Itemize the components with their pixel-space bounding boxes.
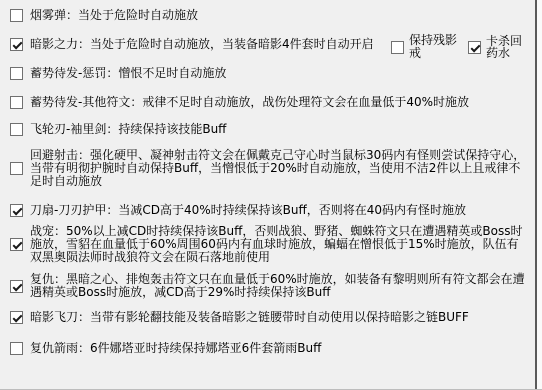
chakram-checkbox[interactable] xyxy=(10,123,23,136)
preparation-punishment-label: 蓄势待发-惩罚：憎恨不足时自动施放 xyxy=(30,67,226,80)
evasive-fire-label: 回避射击：强化硬甲、凝神射击符文会在佩戴克己守心时当鼠标30码内有怪则尝试保持守… xyxy=(30,149,526,188)
chakram-label: 飞轮刃-袖里剑：持续保持该技能Buff xyxy=(30,123,226,136)
options-list: 烟雾弹：当处于危险时自动施放 暗影之力：当处于危险时自动施放，当装备暗影4件套时… xyxy=(10,9,526,355)
fan-of-knives-checkbox[interactable] xyxy=(10,204,23,217)
panel-edge-highlight xyxy=(537,0,542,390)
stuck-kill-potion-checkbox[interactable] xyxy=(468,41,481,54)
evasive-fire-checkbox[interactable] xyxy=(10,162,23,175)
rain-of-vengeance-checkbox[interactable] xyxy=(10,342,23,355)
vengeance-label: 复仇：黑暗之心、排炮轰击符文只在血量低于60%时施放，如装备有黎明则所有符文都会… xyxy=(30,273,526,299)
keep-shadow-ring-checkbox[interactable] xyxy=(391,41,404,54)
option-row-preparation-punishment: 蓄势待发-惩罚：憎恨不足时自动施放 xyxy=(10,67,526,80)
preparation-other-runes-label: 蓄势待发-其他符文：戒律不足时自动施放，战伤处理符文会在血量低于40%时施放 xyxy=(30,96,469,109)
option-row-preparation-other-runes: 蓄势待发-其他符文：戒律不足时自动施放，战伤处理符文会在血量低于40%时施放 xyxy=(10,96,526,109)
keep-shadow-ring-label: 保持残影戒 xyxy=(409,34,462,60)
shadow-knife-checkbox[interactable] xyxy=(10,311,23,324)
shadow-knife-label: 暗影飞刀：当带有影轮翻技能及装备暗影之链腰带时自动使用以保持暗影之链BUFF xyxy=(30,311,469,324)
stuck-kill-potion-option: 卡杀回药水 xyxy=(468,35,526,59)
panel-edge-border xyxy=(535,0,537,390)
companion-label: 战宠：50%以上减CD时持续保持该Buff，否则战狼、野猪、蜘蛛符文只在遭遇精英… xyxy=(30,225,526,264)
option-row-evasive-fire: 回避射击：强化硬甲、凝神射击符文会在佩戴克己守心时当鼠标30码内有怪则尝试保持守… xyxy=(10,149,526,188)
fan-of-knives-label: 刀扇-刀刃护甲：当减CD高于40%时持续保持该Buff，否则将在40码内有怪时施… xyxy=(30,204,466,217)
skill-settings-panel: 烟雾弹：当处于危险时自动施放 暗影之力：当处于危险时自动施放，当装备暗影4件套时… xyxy=(0,0,542,390)
option-row-companion: 战宠：50%以上减CD时持续保持该Buff，否则战狼、野猪、蜘蛛符文只在遭遇精英… xyxy=(10,225,526,264)
preparation-other-runes-checkbox[interactable] xyxy=(10,96,23,109)
stuck-kill-potion-label: 卡杀回药水 xyxy=(486,35,526,59)
option-row-vengeance: 复仇：黑暗之心、排炮轰击符文只在血量低于60%时施放，如装备有黎明则所有符文都会… xyxy=(10,273,526,299)
preparation-punishment-checkbox[interactable] xyxy=(10,67,23,80)
vengeance-checkbox[interactable] xyxy=(10,280,23,293)
smoke-screen-checkbox[interactable] xyxy=(10,9,23,22)
shadow-power-checkbox[interactable] xyxy=(10,38,23,51)
smoke-screen-label: 烟雾弹：当处于危险时自动施放 xyxy=(30,9,198,22)
option-row-fan-of-knives: 刀扇-刀刃护甲：当减CD高于40%时持续保持该Buff，否则将在40码内有怪时施… xyxy=(10,204,526,217)
option-row-rain-of-vengeance: 复仇箭雨：6件娜塔亚时持续保持娜塔亚6件套箭雨Buff xyxy=(10,342,526,355)
option-row-chakram: 飞轮刃-袖里剑：持续保持该技能Buff xyxy=(10,123,526,136)
option-row-smoke-screen: 烟雾弹：当处于危险时自动施放 xyxy=(10,9,526,22)
shadow-power-extra-options: 保持残影戒 卡杀回药水 xyxy=(385,34,526,60)
keep-shadow-ring-option: 保持残影戒 xyxy=(391,34,462,60)
companion-checkbox[interactable] xyxy=(10,238,23,251)
option-row-shadow-knife: 暗影飞刀：当带有影轮翻技能及装备暗影之链腰带时自动使用以保持暗影之链BUFF xyxy=(10,311,526,324)
option-row-shadow-power: 暗影之力：当处于危险时自动施放，当装备暗影4件套时自动开启 保持残影戒 卡杀回药… xyxy=(10,38,526,51)
shadow-power-label: 暗影之力：当处于危险时自动施放，当装备暗影4件套时自动开启 xyxy=(30,38,374,51)
rain-of-vengeance-label: 复仇箭雨：6件娜塔亚时持续保持娜塔亚6件套箭雨Buff xyxy=(30,342,321,355)
